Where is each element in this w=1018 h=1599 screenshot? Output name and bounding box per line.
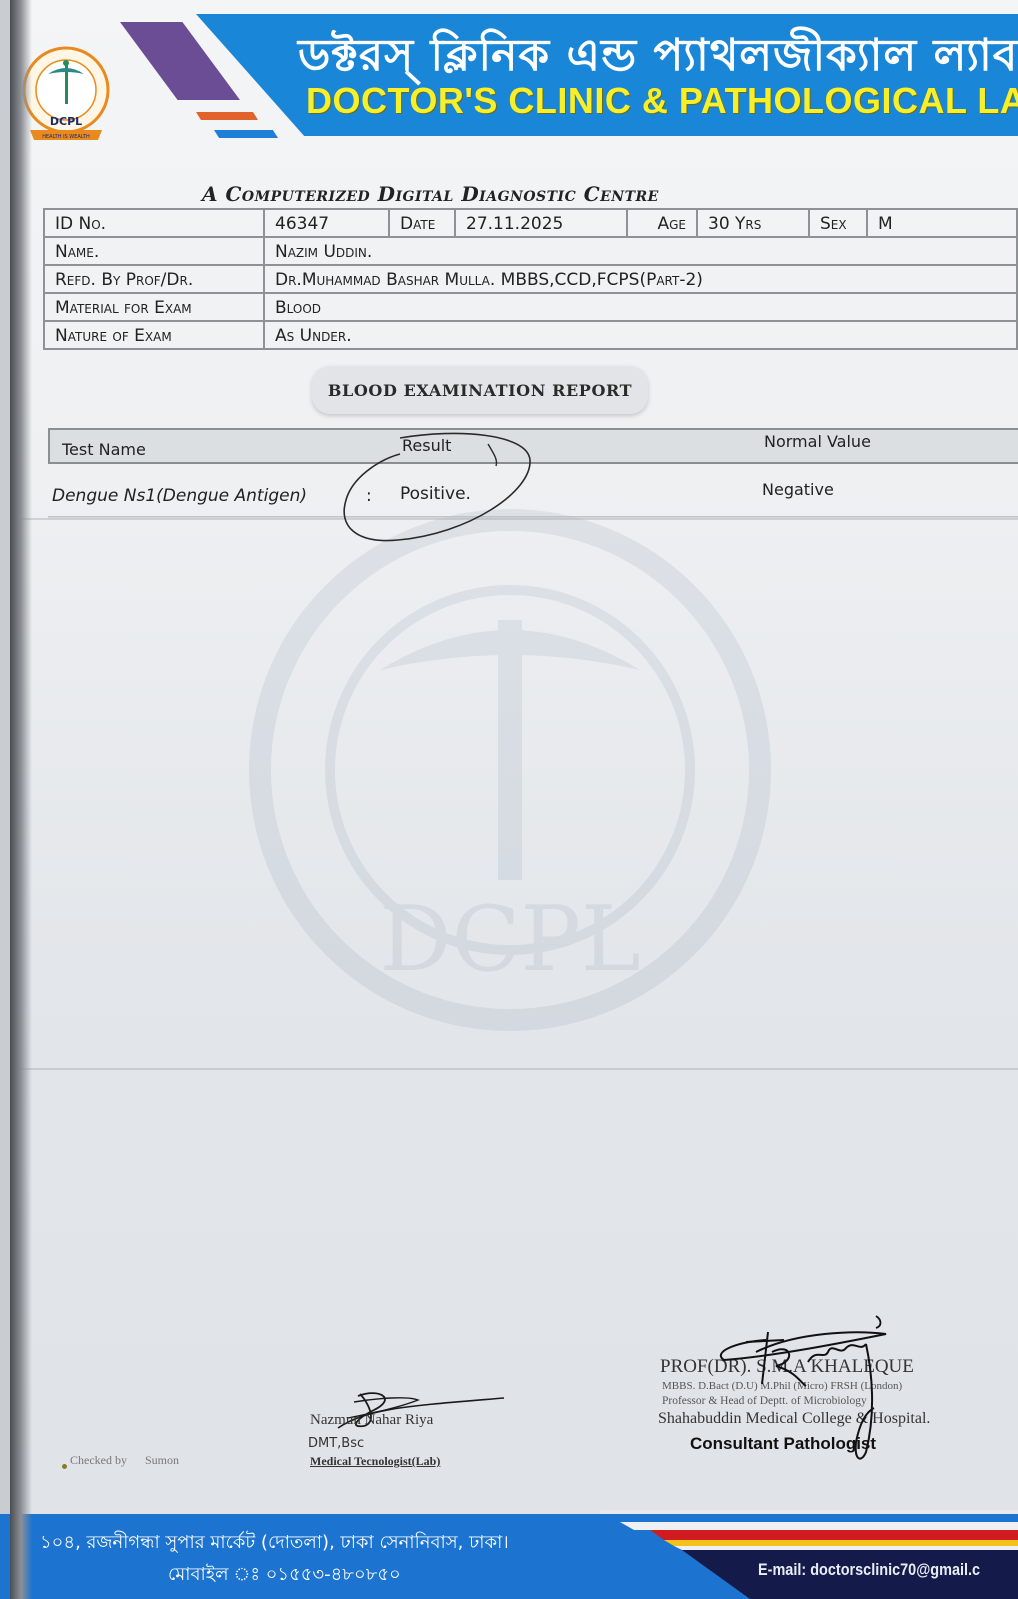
sex-value: M [867,209,1017,237]
header-decoration [214,130,278,138]
clinic-name-english: DOCTOR'S CLINIC & PATHOLOGICAL LAB [306,80,1018,122]
report-paper: DCPL DCPL HEALTH IS WEALTH ডক্টরস্ ক্লিন… [10,0,1018,1599]
footer-stripes [600,1510,1018,1599]
checked-by-label: Checked by [70,1453,127,1467]
test-name: Dengue Ns1(Dengue Antigen) [52,486,307,506]
svg-text:DCPL: DCPL [379,887,640,992]
checked-by-name: Sumon [145,1453,179,1467]
table-row: Material for Exam Blood [44,293,1017,321]
age-label: Age [627,209,697,237]
pathologist-signature [716,1312,916,1472]
date-label: Date [389,209,455,237]
ink-dot [62,1464,67,1469]
footer-address: ১০৪, রজনীগন্ধা সুপার মার্কেট (দোতলা), ঢা… [40,1528,509,1559]
id-label: ID No. [44,209,264,237]
nature-value: As Under. [264,321,1017,349]
age-value: 30 Yrs [697,209,809,237]
svg-text:HEALTH IS WEALTH: HEALTH IS WEALTH [42,134,90,140]
technologist-name: Nazmun Nahar Riya [310,1412,433,1429]
table-row: Refd. By Prof/Dr. Dr.Muhammad Bashar Mul… [44,265,1017,293]
patient-info-table: ID No. 46347 Date 27.11.2025 Age 30 Yrs … [43,208,1018,350]
sex-label: Sex [809,209,867,237]
column-normal-value: Normal Value [764,432,871,451]
table-row: Name. Nazim Uddin. [44,237,1017,265]
nature-label: Nature of Exam [44,321,264,349]
handwritten-circle-annotation [338,430,538,548]
refd-value: Dr.Muhammad Bashar Mulla. MBBS,CCD,FCPS(… [264,265,1017,293]
centre-subtitle: A Computerized Digital Diagnostic Centre [202,182,659,206]
footer-email: E-mail: doctorsclinic70@gmail.c [758,1560,980,1580]
report-title: BLOOD EXAMINATION REPORT [312,366,648,414]
material-label: Material for Exam [44,293,264,321]
checked-by: Checked bySumon [70,1453,179,1468]
material-value: Blood [264,293,1017,321]
page-edge-shadow [10,0,32,1599]
clinic-logo: DCPL HEALTH IS WEALTH [18,44,114,148]
table-row: ID No. 46347 Date 27.11.2025 Age 30 Yrs … [44,209,1017,237]
dcpl-watermark-icon: DCPL [230,470,790,1070]
paper-fold [10,1068,1018,1070]
column-test-name: Test Name [62,440,146,459]
refd-label: Refd. By Prof/Dr. [44,265,264,293]
date-value: 27.11.2025 [455,209,627,237]
header-decoration [196,112,258,120]
technologist-degree: DMT,Bsc [308,1436,364,1451]
normal-value: Negative [762,480,834,499]
id-value: 46347 [264,209,389,237]
footer-mobile: মোবাইল ঃ ০১৫৫৩-৪৮০৮৫০ [168,1560,401,1591]
name-label: Name. [44,237,264,265]
technologist-title: Medical Tecnologist(Lab) [310,1454,440,1469]
table-row: Nature of Exam As Under. [44,321,1017,349]
name-value: Nazim Uddin. [264,237,1017,265]
svg-text:DCPL: DCPL [50,115,82,128]
